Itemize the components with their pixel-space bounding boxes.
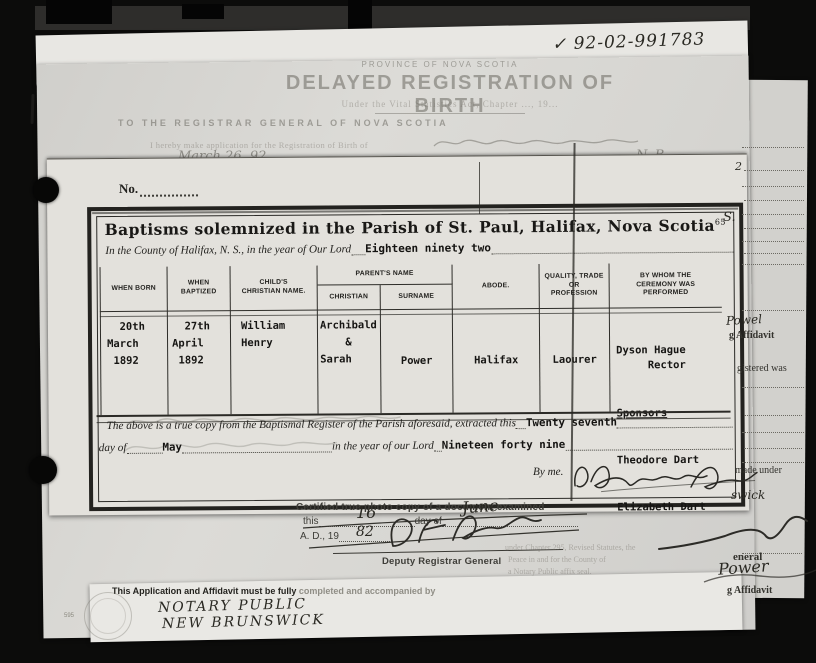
faint-legal-1: under Chapter 295, Revised Statutes, the <box>505 543 635 552</box>
cell-child-name: William Henry <box>231 310 319 415</box>
col-header-christian: CHRISTIAN <box>318 285 381 309</box>
faint-act-line: Under the Vital Statistics Act, Chapter … <box>290 99 610 109</box>
margin-hw-s: S. <box>723 210 736 225</box>
col-header-abode: ABODE. <box>453 264 540 309</box>
cell-quality: Laourer <box>540 308 611 412</box>
dotted-line <box>742 186 804 187</box>
col-header-quality: QUALITY, TRADE OR PROFESSION <box>540 264 610 308</box>
dotted-line <box>744 448 802 449</box>
footer-notice: This Application and Affidavit must be f… <box>112 586 435 596</box>
dotted-line <box>742 214 804 215</box>
col-header-child: CHILD'S CHRISTIAN NAME. <box>231 266 318 311</box>
baptismal-certificate-sheet: No. Baptisms solemnized in the Parish of… <box>47 154 749 516</box>
dotted-line <box>742 462 804 463</box>
margin-hw-mark: 2 <box>735 160 742 173</box>
extract-year-value: Nineteen forty nine <box>442 438 566 452</box>
no-label: No. <box>119 181 138 197</box>
faint-handwriting-squiggle <box>432 134 642 152</box>
cell-when-born: 20th March 1892 <box>100 311 169 415</box>
no-dotted-line <box>140 183 198 196</box>
dotted-line <box>744 200 804 201</box>
faint-addressee-line: TO THE REGISTRAR GENERAL OF NOVA SCOTIA <box>118 118 449 128</box>
by-me-line: By me. <box>533 466 564 478</box>
margin-affidavit-2: g Affidavit <box>727 585 772 596</box>
dotted-line <box>744 170 804 171</box>
col-header-when-born: WHEN BORN <box>100 267 168 311</box>
dotted-line <box>742 432 804 433</box>
margin-hw-swick: swick <box>731 488 765 502</box>
cell-parents-christian: Archibald & Sarah <box>318 309 382 413</box>
crease-line <box>479 162 480 214</box>
certificate-number-field: No. <box>119 180 198 197</box>
extract-month-value: May <box>162 441 182 454</box>
cell-by-whom: Dyson Hague Rector Sponsors Theodore Dar… <box>610 307 723 412</box>
dotted-line <box>744 415 802 416</box>
dotted-line <box>742 310 804 311</box>
col-header-when-baptized: WHEN BAPTIZED <box>168 266 231 310</box>
film-tab <box>182 4 224 19</box>
col-header-parents: PARENT'S NAME <box>318 265 453 286</box>
faint-province-heading: PROVINCE OF NOVA SCOTIA <box>300 60 580 69</box>
check-icon: ✓ <box>552 34 568 55</box>
margin-affidavit-1: g Affidavit <box>729 330 774 341</box>
margin-hw-powel: Powel <box>726 312 763 328</box>
performer-name: Dyson Hague Rector <box>616 342 722 374</box>
col-header-surname: SURNAME <box>381 285 453 310</box>
registrar-title: Deputy Registrar General <box>382 556 501 567</box>
punch-hole <box>29 456 57 484</box>
dotted-line <box>742 264 804 265</box>
page-number: 595 <box>64 613 74 619</box>
dotted-line <box>742 241 804 242</box>
dotted-line <box>744 228 804 229</box>
film-tab <box>46 0 112 24</box>
film-tab <box>348 0 372 32</box>
dotted-line <box>742 147 804 148</box>
county-year-value: Eighteen ninety two <box>365 241 491 255</box>
margin-made-under: made under <box>735 465 782 476</box>
margin-registered: gistered was <box>737 363 787 374</box>
pen-mark <box>30 94 34 124</box>
cell-surname: Power <box>381 309 454 414</box>
faint-legal-2: Peace in and for the County of <box>508 555 606 564</box>
certificate-frame: Baptisms solemnized in the Parish of St.… <box>87 203 745 512</box>
cell-when-baptized: 27th April 1892 <box>168 310 232 414</box>
punch-hole <box>33 177 59 203</box>
microfilm-scan: ✓ 92-02-991783 PROVINCE OF NOVA SCOTIA D… <box>0 0 816 663</box>
faint-form-title: DELAYED REGISTRATION OF BIRTH <box>270 72 630 118</box>
dotted-line <box>744 253 802 254</box>
notary-embossed-seal-inner <box>90 598 126 634</box>
col-header-by-whom: BY WHOM THE CEREMONY WAS PERFORMED <box>610 263 722 308</box>
dotted-line <box>742 387 804 388</box>
baptism-table: WHEN BORN WHEN BAPTIZED CHILD'S CHRISTIA… <box>100 263 723 415</box>
cell-abode: Halifax <box>453 308 541 413</box>
